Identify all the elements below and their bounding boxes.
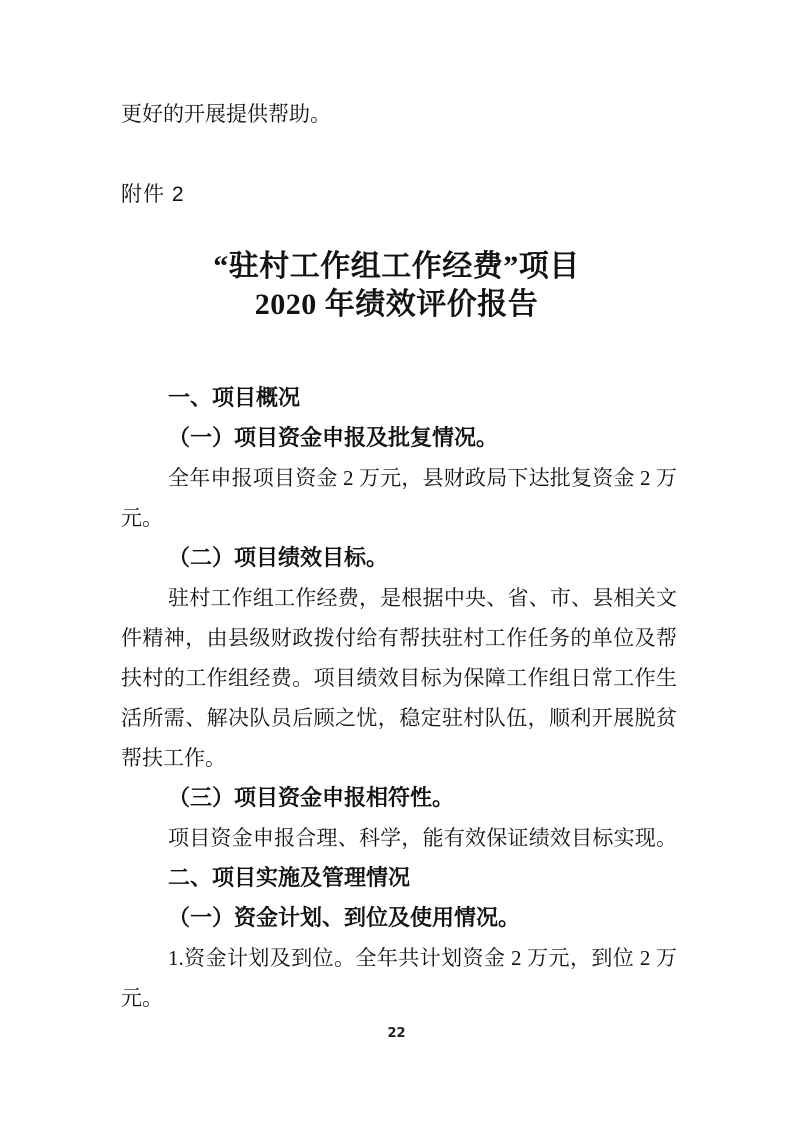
body-line: 全年申报项目资金 2 万元，县财政局下达批复资金 2 万 <box>121 458 677 498</box>
subsection-heading: （一）项目资金申报及批复情况。 <box>121 418 677 458</box>
attachment-label: 附件 2 <box>121 180 185 210</box>
report-title-line-2: 2020 年绩效评价报告 <box>0 286 793 324</box>
section-heading-1: 二、项目实施及管理情况 <box>121 858 677 898</box>
report-body: 一、项目概况 （一）项目资金申报及批复情况。 全年申报项目资金 2 万元，县财政… <box>121 378 677 1018</box>
continuation-line: 更好的开展提供帮助。 <box>121 100 677 128</box>
body-line: 活所需、解决队员后顾之忧，稳定驻村队伍，顺利开展脱贫 <box>121 698 677 738</box>
section-heading-1: 一、项目概况 <box>121 378 677 418</box>
body-line: 驻村工作组工作经费，是根据中央、省、市、县相关文 <box>121 578 677 618</box>
body-line: 元。 <box>121 498 677 538</box>
subsection-heading: （三）项目资金申报相符性。 <box>121 778 677 818</box>
body-line: 件精神，由县级财政拨付给有帮扶驻村工作任务的单位及帮 <box>121 618 677 658</box>
subsection-heading: （二）项目绩效目标。 <box>121 538 677 578</box>
body-line: 1.资金计划及到位。全年共计划资金 2 万元，到位 2 万 <box>121 938 677 978</box>
report-title-line-1: “驻村工作组工作经费”项目 <box>0 248 793 286</box>
body-line: 扶村的工作组经费。项目绩效目标为保障工作组日常工作生 <box>121 658 677 698</box>
body-line: 项目资金申报合理、科学，能有效保证绩效目标实现。 <box>121 818 677 858</box>
document-page: 更好的开展提供帮助。 附件 2 “驻村工作组工作经费”项目 2020 年绩效评价… <box>0 0 793 1122</box>
body-line: 帮扶工作。 <box>121 738 677 778</box>
body-line: 元。 <box>121 978 677 1018</box>
report-title: “驻村工作组工作经费”项目 2020 年绩效评价报告 <box>0 248 793 324</box>
page-number: 22 <box>0 1026 793 1041</box>
subsection-heading: （一）资金计划、到位及使用情况。 <box>121 898 677 938</box>
